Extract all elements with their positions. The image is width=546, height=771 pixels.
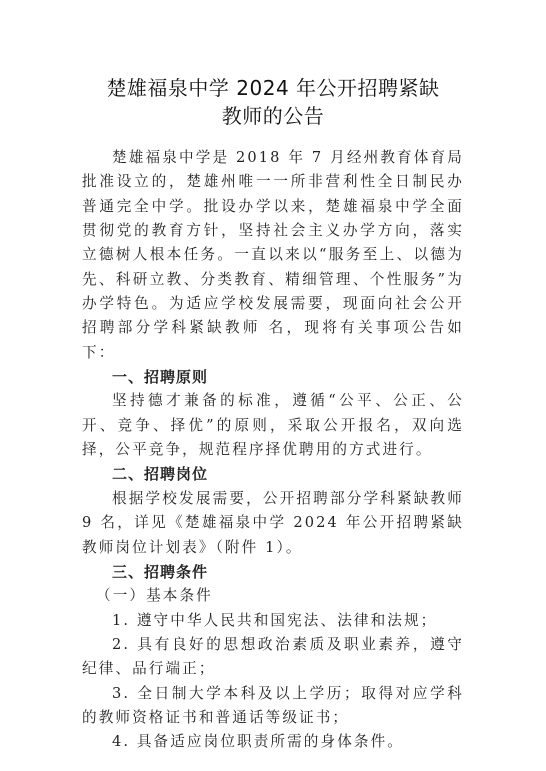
section-heading-conditions: 三、招聘条件 <box>82 560 464 584</box>
document-title-line2: 教师的公告 <box>0 100 546 129</box>
section-heading-principles: 一、招聘原则 <box>82 365 464 389</box>
subheading-basic-conditions: （一）基本条件 <box>82 584 464 608</box>
condition-item: 2. 具有良好的思想政治素质及职业素养，遵守纪律、品行端正； <box>82 633 464 682</box>
document-title-line1: 楚雄福泉中学 2024 年公开招聘紧缺 <box>0 72 546 101</box>
section-heading-positions: 二、招聘岗位 <box>82 462 464 486</box>
condition-item: 3. 全日制大学本科及以上学历；取得对应学科的教师资格证书和普通话等级证书； <box>82 682 464 731</box>
document-page: 楚雄福泉中学 2024 年公开招聘紧缺 教师的公告 楚雄福泉中学是 2018 年… <box>0 0 546 771</box>
section-text-principles: 坚持德才兼备的标准，遵循“公平、公正、公开、竞争、择优”的原则，采取公开报名，双… <box>82 389 464 462</box>
condition-item: 1. 遵守中华人民共和国宪法、法律和法规； <box>82 609 464 633</box>
section-text-positions: 根据学校发展需要，公开招聘部分学科紧缺教师 9 名，详见《楚雄福泉中学 2024… <box>82 487 464 560</box>
document-body: 楚雄福泉中学是 2018 年 7 月经州教育体育局批准设立的，楚雄州唯一一所非营… <box>82 146 464 755</box>
intro-paragraph: 楚雄福泉中学是 2018 年 7 月经州教育体育局批准设立的，楚雄州唯一一所非营… <box>82 146 464 365</box>
condition-item: 4. 具备适应岗位职责所需的身体条件。 <box>82 730 464 754</box>
page-number: 1 <box>0 712 546 722</box>
